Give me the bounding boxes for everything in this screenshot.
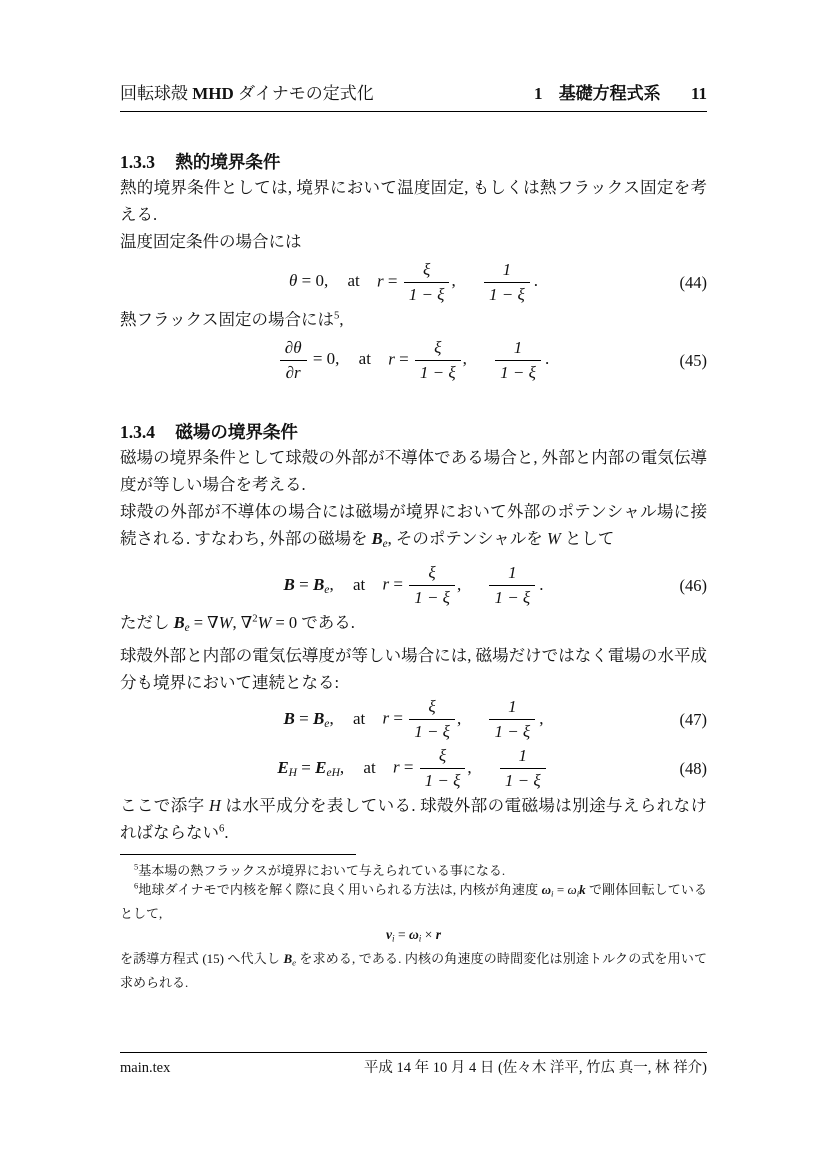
equation-separator: , — [463, 349, 467, 368]
header-rule — [120, 111, 707, 112]
fraction: 1 1 − ξ — [489, 562, 535, 609]
equation-46: B = Be, at r = ξ 1 − ξ , 1 1 − ξ . (46) — [120, 562, 707, 609]
fraction: ξ 1 − ξ — [409, 562, 455, 609]
paragraph-conductivity-case: 球殻外部と内部の電気伝導度が等しい場合には, 磁場だけではなく電場の水平成分も境… — [120, 642, 707, 696]
equation-number: (46) — [680, 575, 708, 597]
fraction-denominator: 1 − ξ — [420, 769, 466, 792]
fraction-numerator: ξ — [409, 562, 455, 586]
text-segment: 地球ダイナモで内核を解く際に良く用いられる方法は, 内核が角速度 — [138, 882, 541, 897]
text-segment: B — [284, 575, 295, 594]
equation-lhs: = 0, — [313, 349, 340, 368]
text-segment: = — [395, 927, 409, 942]
fraction-denominator: 1 − ξ — [404, 283, 450, 306]
footnote-6-continued: を誘導方程式 (15) へ代入し Be を求める, である. 内核の角速度の時間… — [120, 949, 707, 991]
page-content: 回転球殻 MHD ダイナモの定式化 1 基礎方程式系 11 1.3.3 熱的境界… — [120, 0, 707, 992]
paragraph-fixed-temperature: 温度固定条件の場合には — [120, 228, 707, 255]
text-segment: , — [340, 758, 344, 777]
text-segment: ω — [409, 927, 419, 942]
text-segment: W — [547, 529, 561, 548]
footnote-rule — [120, 854, 356, 855]
text-segment: ω — [542, 882, 551, 897]
text-segment: = — [389, 575, 407, 594]
fraction-partial: ∂θ ∂r — [280, 337, 307, 384]
fraction-numerator: ξ — [420, 745, 466, 769]
footnote-5: 5基本場の熱フラックスが境界において与えられている事になる. — [120, 861, 707, 880]
text-segment: B — [283, 951, 292, 966]
fraction-denominator: ∂r — [280, 361, 307, 384]
fraction-numerator: ξ — [404, 259, 450, 283]
text-segment: = 0, — [313, 349, 340, 368]
fraction-denominator: 1 − ξ — [415, 361, 461, 384]
fraction-denominator: 1 − ξ — [500, 769, 546, 792]
fraction: ξ 1 − ξ — [409, 696, 455, 743]
equation-lhs: B = Be, — [284, 709, 334, 728]
document-page: 回転球殻 MHD ダイナモの定式化 1 基礎方程式系 11 1.3.3 熱的境界… — [0, 0, 826, 1169]
text-segment: 温度固定条件の場合には — [120, 232, 302, 251]
fraction-numerator: 1 — [495, 337, 541, 361]
text-segment: = — [297, 758, 315, 777]
text-segment: r — [377, 271, 384, 290]
fraction: 1 1 − ξ — [495, 337, 541, 384]
header-section-title: 基礎方程式系 — [559, 84, 661, 103]
equation-separator: , — [457, 709, 461, 728]
footnote-6: 6地球ダイナモで内核を解く際に良く用いられる方法は, 内核が角速度 ωi = ω… — [120, 880, 707, 922]
text-segment: 熱的境界条件としては, 境界において温度固定, もしくは熱フラックス固定を考える… — [120, 178, 707, 224]
fraction-denominator: 1 − ξ — [409, 720, 455, 743]
text-segment: × — [421, 927, 435, 942]
fraction: ξ 1 − ξ — [415, 337, 461, 384]
fraction-numerator: ξ — [415, 337, 461, 361]
equation-at: at — [359, 349, 371, 368]
equation-48: EH = EeH, at r = ξ 1 − ξ , 1 1 − ξ (48) — [120, 745, 707, 792]
fraction-denominator: 1 − ξ — [409, 586, 455, 609]
fraction-numerator: 1 — [500, 745, 546, 769]
text-segment: 球殻外部と内部の電気伝導度が等しい場合には, 磁場だけではなく電場の水平成分も境… — [120, 646, 707, 692]
text-segment: . — [224, 823, 228, 842]
footer-filename: main.tex — [120, 1059, 170, 1077]
fraction: 1 1 − ξ — [500, 745, 546, 792]
equation-lhs: B = Be, — [284, 575, 334, 594]
text-segment: W — [219, 613, 233, 632]
text-segment: B — [372, 529, 383, 548]
equation-end-punctuation: . — [545, 349, 549, 368]
equation-number: (48) — [680, 758, 708, 780]
text-segment: = — [553, 882, 567, 897]
text-segment: E — [277, 758, 288, 777]
fraction-denominator: 1 − ξ — [489, 720, 535, 743]
equation-at: at — [353, 709, 365, 728]
fraction: 1 1 − ξ — [484, 259, 530, 306]
equation-r: r = — [388, 349, 413, 368]
text-segment: MHD — [192, 84, 234, 103]
page-footer: main.tex 平成 14 年 10 月 4 日 (佐々木 洋平, 竹広 真一… — [120, 1052, 707, 1077]
equation-r: r = — [377, 271, 402, 290]
equation-number: (45) — [680, 350, 708, 372]
footer-rule — [120, 1052, 707, 1053]
text-segment: 磁場の境界条件として球殻の外部が不導体である場合と, 外部と内部の電気伝導度が等… — [120, 448, 707, 494]
subsection-number: 1.3.3 — [120, 152, 155, 172]
equation-separator: , — [457, 575, 461, 594]
equation-number: (47) — [680, 709, 708, 731]
fraction-numerator: ∂θ — [280, 337, 307, 361]
text-segment: W — [258, 613, 272, 632]
text-segment: E — [315, 758, 326, 777]
equation-r: r = — [382, 709, 407, 728]
equation-end-punctuation: , — [539, 709, 543, 728]
text-segment: , — [329, 575, 333, 594]
text-segment: 回転球殻 — [120, 84, 192, 103]
paragraph-insulator-case: 球殻の外部が不導体の場合には磁場が境界において外部のポテンシャル場に接続される.… — [120, 498, 707, 558]
text-segment: ω — [568, 882, 577, 897]
equation-45: ∂θ ∂r = 0, at r = ξ 1 − ξ , 1 1 − ξ . (4… — [120, 337, 707, 384]
text-segment: として — [561, 529, 615, 548]
equation-r: r = — [393, 758, 418, 777]
text-segment: , そのポテンシャルを — [388, 529, 547, 548]
equation-r: r = — [382, 575, 407, 594]
text-segment: , — [339, 310, 343, 329]
paragraph-subscript-note: ここで添字 H は水平成分を表している. 球殻外部の電磁場は別途与えられなければ… — [120, 792, 707, 846]
text-segment: , — [329, 709, 333, 728]
text-segment: = ∇ — [190, 613, 219, 632]
equation-lhs: EH = EeH, — [277, 758, 344, 777]
text-segment: = — [384, 271, 402, 290]
subsection-title: 熱的境界条件 — [175, 152, 280, 172]
fraction: ξ 1 − ξ — [420, 745, 466, 792]
equation-end-punctuation: . — [534, 271, 538, 290]
equation-number: (44) — [680, 272, 708, 294]
text-segment: = 0, — [297, 271, 328, 290]
text-segment: = — [400, 758, 418, 777]
text-segment: H — [289, 766, 297, 779]
equation-at: at — [353, 575, 365, 594]
equation-at: at — [347, 271, 359, 290]
fraction-denominator: 1 − ξ — [489, 586, 535, 609]
text-segment: r — [388, 349, 395, 368]
text-segment: ダイナモの定式化 — [234, 84, 374, 103]
text-segment: ここで添字 — [120, 796, 209, 815]
footer-row: main.tex 平成 14 年 10 月 4 日 (佐々木 洋平, 竹広 真一… — [120, 1059, 707, 1077]
paragraph-fixed-flux: 熱フラックス固定の場合には5, — [120, 306, 707, 333]
page-number: 11 — [691, 84, 707, 103]
fraction: ξ 1 − ξ — [404, 259, 450, 306]
fraction-numerator: 1 — [489, 562, 535, 586]
equation-lhs: θ = 0, — [289, 271, 328, 290]
text-segment: r — [393, 758, 400, 777]
text-segment: eH — [326, 766, 339, 779]
fraction-denominator: 1 − ξ — [484, 283, 530, 306]
text-segment: B — [313, 709, 324, 728]
text-segment: 基本場の熱フラックスが境界において与えられている事になる. — [138, 863, 505, 878]
text-segment: 熱フラックス固定の場合には — [120, 310, 334, 329]
paragraph-potential-note: ただし Be = ∇W, ∇2W = 0 である. — [120, 609, 707, 642]
text-segment: = — [295, 575, 313, 594]
paragraph-thermal-intro: 熱的境界条件としては, 境界において温度固定, もしくは熱フラックス固定を考える… — [120, 174, 707, 228]
footnote-equation: vi = ωi × r — [120, 926, 707, 948]
page-header: 回転球殻 MHD ダイナモの定式化 1 基礎方程式系 11 — [120, 84, 707, 104]
subsection-number: 1.3.4 — [120, 422, 155, 442]
text-segment: を誘導方程式 (15) へ代入し — [120, 951, 283, 966]
subsection-heading-134: 1.3.4 磁場の境界条件 — [120, 420, 707, 444]
footer-date-authors: 平成 14 年 10 月 4 日 (佐々木 洋平, 竹広 真一, 林 祥介) — [364, 1059, 707, 1077]
equation-44: θ = 0, at r = ξ 1 − ξ , 1 1 − ξ . (44) — [120, 259, 707, 306]
text-segment: = — [395, 349, 413, 368]
fraction-numerator: 1 — [489, 696, 535, 720]
text-segment: = — [389, 709, 407, 728]
text-segment: H — [209, 796, 221, 815]
text-segment: B — [174, 613, 185, 632]
fraction-denominator: 1 − ξ — [495, 361, 541, 384]
fraction-numerator: ξ — [409, 696, 455, 720]
text-segment: = 0 である. — [271, 613, 355, 632]
equation-separator: , — [451, 271, 455, 290]
fraction-numerator: 1 — [484, 259, 530, 283]
subsection-title: 磁場の境界条件 — [175, 422, 298, 442]
text-segment: B — [284, 709, 295, 728]
equation-at: at — [363, 758, 375, 777]
header-section-info: 1 基礎方程式系 11 — [534, 84, 707, 104]
equation-end-punctuation: . — [539, 575, 543, 594]
text-segment: B — [313, 575, 324, 594]
paragraph-magnetic-intro: 磁場の境界条件として球殻の外部が不導体である場合と, 外部と内部の電気伝導度が等… — [120, 444, 707, 498]
text-segment: , ∇ — [232, 613, 252, 632]
header-section-number: 1 — [534, 84, 543, 103]
text-segment: ただし — [120, 613, 174, 632]
equation-separator: , — [467, 758, 471, 777]
equation-47: B = Be, at r = ξ 1 − ξ , 1 1 − ξ , (47) — [120, 696, 707, 743]
text-segment: r — [436, 927, 441, 942]
text-segment: = — [295, 709, 313, 728]
fraction: 1 1 − ξ — [489, 696, 535, 743]
subsection-heading-133: 1.3.3 熱的境界条件 — [120, 150, 707, 174]
header-document-title: 回転球殻 MHD ダイナモの定式化 — [120, 84, 374, 104]
